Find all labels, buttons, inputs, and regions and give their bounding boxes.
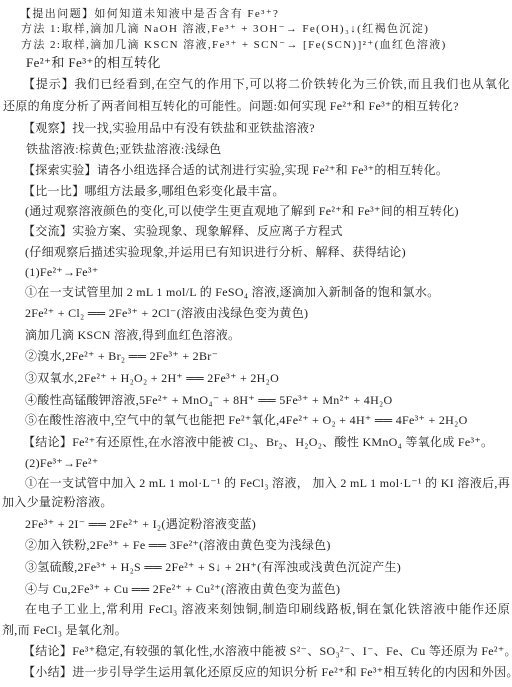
compare-text: 哪组方法最多,哪组色彩变化最丰富。 bbox=[85, 184, 285, 198]
observe-label: 【观察】 bbox=[23, 121, 72, 135]
exchange-note: (仔细观察后描述实验现象,并运用已有知识进行分析、解释、获得结论) bbox=[25, 244, 406, 260]
summary-text: 进一步引导学生运用氧化还原反应的知识分析 Fe²⁺和 Fe³⁺相互转化的内因和外… bbox=[72, 665, 512, 679]
part2-step-4-copper: ④与 Cu,2Fe³⁺ + Cu ══ 2Fe²⁺ + Cu²⁺(溶液由黄色变为… bbox=[25, 581, 340, 597]
part2-conclusion: 【结论】Fe³⁺稳定,有较强的氧化性,水溶液中能被 S²⁻、SO₃²⁻、I⁻、F… bbox=[23, 643, 512, 659]
part1-kscn-test: 滴加几滴 KSCN 溶液,得到血红色溶液。 bbox=[25, 327, 240, 343]
hint-label: 【提示】 bbox=[23, 77, 74, 91]
part2-equation-iodide: 2Fe³⁺ + 2I⁻ ══ 2Fe²⁺ + I₂(遇淀粉溶液变蓝) bbox=[25, 516, 256, 532]
part2-step-2-iron: ②加入铁粉,2Fe³⁺ + Fe ══ 3Fe²⁺(溶液由黄色变为浅绿色) bbox=[25, 537, 331, 553]
observe-answer: 铁盐溶液:棕黄色;亚铁盐溶液:浅绿色 bbox=[26, 141, 221, 157]
hint-line-2: 还原的角度分析了两者间相互转化的可能性。问题:如何实现 Fe²⁺和 Fe³⁺的相… bbox=[3, 98, 459, 114]
part2-application-1: 在电子工业上,常利用 FeCl₃ 溶液来刻蚀铜,制造印刷线路板,铜在氯化铁溶液中… bbox=[25, 601, 510, 617]
method-1-label: 方法 1: bbox=[21, 23, 61, 35]
hint-line-1: 【提示】我们已经看到,在空气的作用下,可以将二价铁转化为三价铁,而且我们也从氧化 bbox=[23, 76, 510, 92]
question-label: 【提出问题】 bbox=[20, 8, 94, 20]
part1-title: (1)Fe²⁺→Fe³⁺ bbox=[25, 264, 98, 280]
method-2-label: 方法 2: bbox=[21, 39, 61, 51]
compare-label: 【比一比】 bbox=[23, 184, 85, 198]
method-2-text: 取样,滴加几滴 KSCN 溶液,Fe³⁺ + SCN⁻→ [Fe(SCN)]²⁺… bbox=[61, 39, 446, 51]
part1-step-3-peroxide: ③双氧水,2Fe²⁺ + H₂O₂ + 2H⁺ ══ 2Fe³⁺ + 2H₂O bbox=[25, 370, 279, 386]
exchange-label: 【交流】 bbox=[23, 224, 72, 238]
question-line: 【提出问题】如何知道未知液中是否含有 Fe³⁺? bbox=[20, 6, 279, 22]
method-1-text: 取样,滴加几滴 NaOH 溶液,Fe³⁺ + 3OH⁻→ Fe(OH)₃↓(红褐… bbox=[61, 23, 429, 35]
observe-line: 【观察】找一找,实验用品中有没有铁盐和亚铁盐溶液? bbox=[23, 120, 315, 136]
method-1-line: 方法 1:取样,滴加几滴 NaOH 溶液,Fe³⁺ + 3OH⁻→ Fe(OH)… bbox=[21, 21, 429, 37]
part2-step-3-h2s: ③氢硫酸,2Fe³⁺ + H₂S ══ 2Fe²⁺ + S↓ + 2H⁺(有浑浊… bbox=[25, 559, 401, 575]
section-title: Fe²⁺和 Fe³⁺的相互转化 bbox=[26, 55, 161, 71]
compare-line: 【比一比】哪组方法最多,哪组色彩变化最丰富。 bbox=[23, 183, 285, 199]
observe-text: 找一找,实验用品中有没有铁盐和亚铁盐溶液? bbox=[72, 121, 315, 135]
part1-step-5-oxygen: ⑤在酸性溶液中,空气中的氧气也能把 Fe²⁺氧化,4Fe²⁺ + O₂ + 4H… bbox=[25, 412, 468, 428]
summary-line: 【小结】进一步引导学生运用氧化还原反应的知识分析 Fe²⁺和 Fe³⁺相互转化的… bbox=[23, 664, 512, 680]
part1-step-1: ①在一支试管里加 2 mL 1 mol/L 的 FeSO₄ 溶液,逐滴加入新制备… bbox=[25, 284, 439, 300]
exchange-text: 实验方案、实验现象、现象解释、反应离子方程式 bbox=[72, 224, 343, 238]
explore-line: 【探索实验】请各小组选择合适的试剂进行实验,实现 Fe²⁺和 Fe³⁺的相互转化… bbox=[23, 162, 448, 178]
summary-label: 【小结】 bbox=[23, 665, 72, 679]
hint-text-1: 我们已经看到,在空气的作用下,可以将二价铁转化为三价铁,而且我们也从氧化 bbox=[74, 77, 510, 91]
part2-step-1-cont: 加入少量淀粉溶液。 bbox=[2, 494, 113, 510]
exchange-line: 【交流】实验方案、实验现象、现象解释、反应离子方程式 bbox=[23, 223, 343, 239]
part2-conclusion-label: 【结论】 bbox=[23, 644, 72, 658]
part1-conclusion-label: 【结论】 bbox=[23, 435, 72, 449]
part2-title: (2)Fe³⁺→Fe²⁺ bbox=[25, 455, 98, 471]
explore-text: 请各小组选择合适的试剂进行实验,实现 Fe²⁺和 Fe³⁺的相互转化。 bbox=[97, 163, 448, 177]
compare-note: (通过观察溶液颜色的变化,可以使学生更直观地了解到 Fe²⁺和 Fe³⁺间的相互… bbox=[25, 203, 459, 219]
question-text: 如何知道未知液中是否含有 Fe³⁺? bbox=[94, 8, 279, 20]
explore-label: 【探索实验】 bbox=[23, 163, 97, 177]
part2-step-1: ①在一支试管中加入 2 mL 1 mol·L⁻¹ 的 FeCl₃ 溶液， 加入 … bbox=[25, 475, 510, 491]
part1-step-2-bromine: ②溴水,2Fe²⁺ + Br₂ ══ 2Fe³⁺ + 2Br⁻ bbox=[25, 348, 218, 364]
part1-conclusion-text: Fe²⁺有还原性,在水溶液中能被 Cl₂、Br₂、H₂O₂、酸性 KMnO₄ 等… bbox=[72, 435, 493, 449]
part2-application-2: 剂,而 FeCl₃ 是氧化剂。 bbox=[2, 622, 127, 638]
part1-equation-chlorine: 2Fe²⁺ + Cl₂ ══ 2Fe³⁺ + 2Cl⁻(溶液由浅绿色变为黄色) bbox=[25, 305, 308, 321]
part1-step-4-permanganate: ④酸性高锰酸钾溶液,5Fe²⁺ + MnO₄⁻ + 8H⁺ ══ 5Fe³⁺ +… bbox=[25, 392, 393, 408]
part2-conclusion-text: Fe³⁺稳定,有较强的氧化性,水溶液中能被 S²⁻、SO₃²⁻、I⁻、Fe、Cu… bbox=[72, 644, 512, 658]
part1-conclusion: 【结论】Fe²⁺有还原性,在水溶液中能被 Cl₂、Br₂、H₂O₂、酸性 KMn… bbox=[23, 434, 493, 450]
method-2-line: 方法 2:取样,滴加几滴 KSCN 溶液,Fe³⁺ + SCN⁻→ [Fe(SC… bbox=[21, 37, 447, 53]
